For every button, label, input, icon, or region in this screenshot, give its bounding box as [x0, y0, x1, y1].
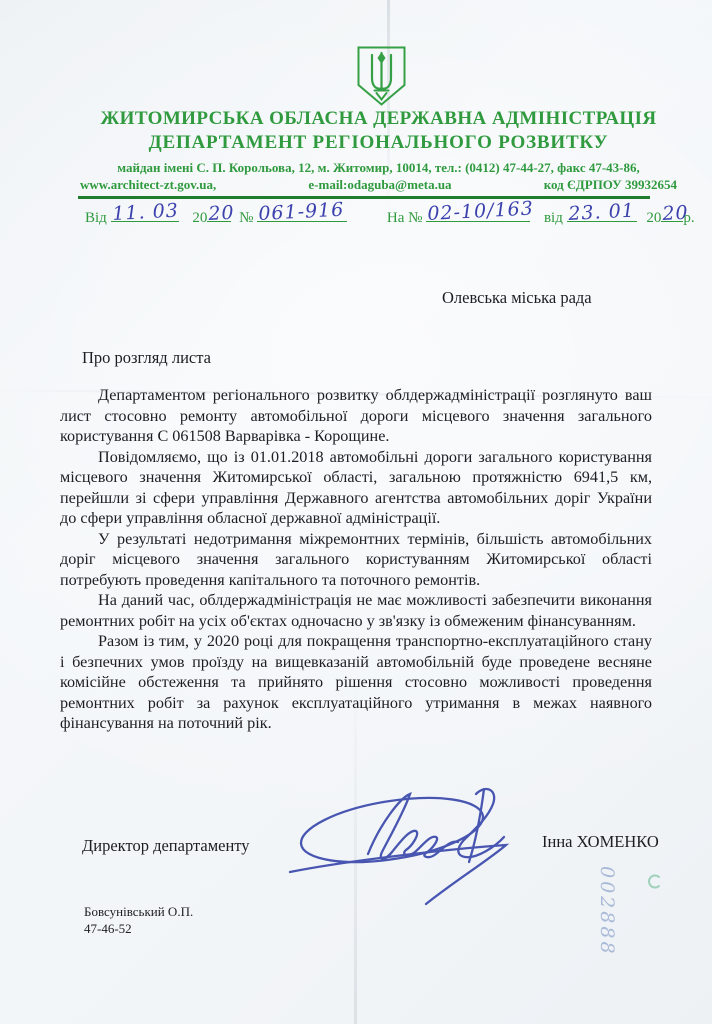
from-date-field: 11. 03	[111, 205, 179, 222]
executor-phone: 47-46-52	[84, 920, 193, 937]
outgoing-year-field: 20	[207, 205, 231, 222]
reply-date-label: від	[544, 210, 563, 227]
address-line: майдан імені С. П. Корольова, 12, м. Жит…	[56, 160, 701, 176]
letter-body: Департаментом регіонального розвитку обл…	[60, 385, 652, 734]
reply-date-field: 23. 01	[567, 205, 637, 222]
scanned-letter-page: ЖИТОМИРСЬКА ОБЛАСНА ДЕРЖАВНА АДМІНІСТРАЦ…	[0, 0, 712, 1024]
body-paragraph-5: Разом із тим, у 2020 році для покращення…	[60, 631, 652, 734]
org-name-line1: ЖИТОМИРСЬКА ОБЛАСНА ДЕРЖАВНА АДМІНІСТРАЦ…	[56, 108, 701, 130]
addressee: Олевська міська рада	[442, 288, 592, 308]
reference-line: Від 11. 03 2020 № 061-916 На № 02-10/163…	[85, 205, 695, 227]
letterhead-rule	[78, 196, 650, 199]
body-paragraph-1: Департаментом регіонального розвитку обл…	[60, 385, 652, 447]
ink-mark-icon	[648, 874, 662, 894]
trident-emblem-icon	[355, 44, 408, 113]
edrpou-text: код ЄДРПОУ 39932654	[544, 177, 677, 193]
reply-number-label: На №	[387, 210, 423, 227]
outgoing-number-label: №	[239, 210, 253, 227]
executor-block: Бовсунівський О.П. 47-46-52	[84, 903, 193, 937]
subject-line: Про розгляд листа	[82, 348, 211, 368]
body-paragraph-4: На даний час, облдержадміністрація не ма…	[60, 590, 652, 631]
reply-number-handwritten: 02-10/163	[427, 197, 534, 225]
reply-year-prefix: 20	[646, 210, 661, 227]
outgoing-year-prefix: 20	[192, 210, 207, 227]
email-text: e-mail:odaguba@meta.ua	[308, 177, 451, 193]
reply-date-handwritten: 23. 01	[567, 200, 634, 225]
contact-line: www.architect-zt.gov.ua, e-mail:odaguba@…	[56, 177, 701, 193]
outgoing-number-field: 061-916	[257, 205, 347, 222]
reply-year-handwritten: 20	[662, 202, 689, 225]
website-text: www.architect-zt.gov.ua,	[80, 177, 216, 193]
from-label: Від	[85, 210, 107, 227]
signer-name: Інна ХОМЕНКО	[542, 832, 659, 852]
executor-name: Бовсунівський О.П.	[84, 903, 193, 920]
position-title: Директор департаменту	[82, 836, 250, 856]
org-name-line2: ДЕПАРТАМЕНТ РЕГІОНАЛЬНОГО РОЗВИТКУ	[56, 132, 701, 154]
reply-year-field: 20	[661, 205, 683, 222]
reply-number-field: 02-10/163	[426, 205, 530, 222]
outgoing-number-handwritten: 061-916	[258, 199, 345, 225]
outgoing-year-handwritten: 20	[208, 202, 235, 225]
from-date-handwritten: 11. 03	[111, 200, 178, 225]
body-paragraph-3: У результаті недотримання міжремонтних т…	[60, 529, 652, 591]
letterhead: ЖИТОМИРСЬКА ОБЛАСНА ДЕРЖАВНА АДМІНІСТРАЦ…	[56, 108, 701, 193]
registration-number-stamp: 002888	[596, 866, 618, 957]
signature-scribble	[280, 782, 515, 915]
body-paragraph-2: Повідомляємо, що із 01.01.2018 автомобіл…	[60, 447, 652, 529]
